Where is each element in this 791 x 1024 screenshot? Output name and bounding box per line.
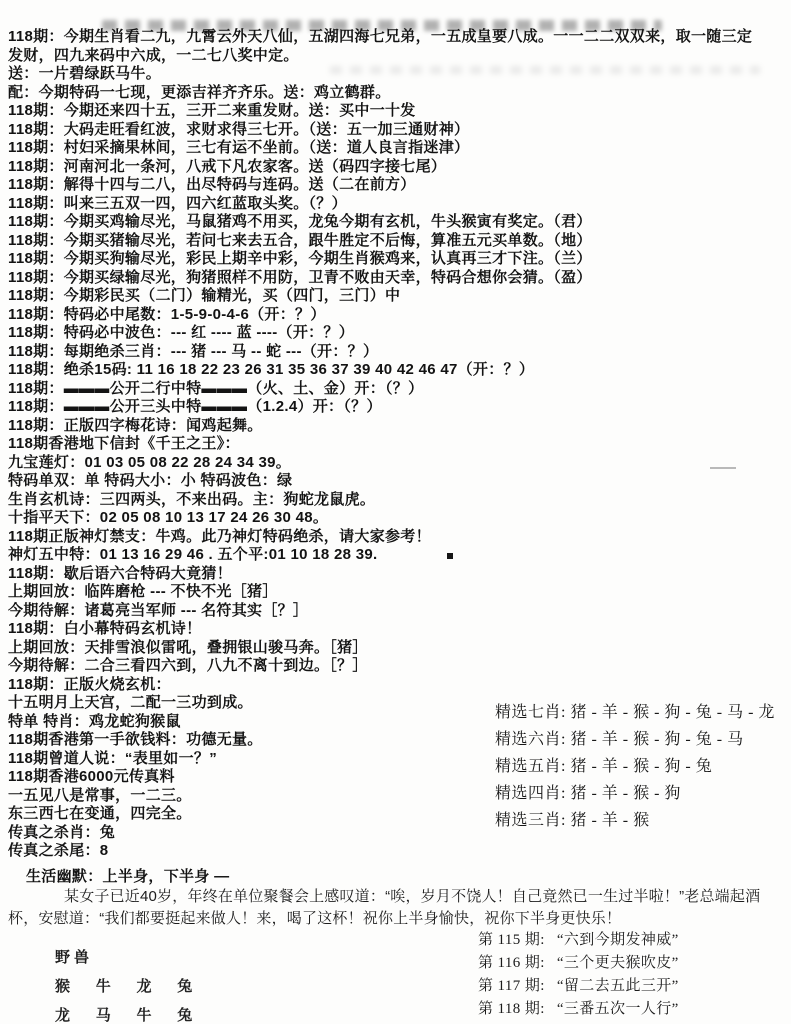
text-line: 送：一片碧绿跃马牛。 bbox=[8, 65, 789, 84]
text-line: 118期：今期买狗输尽光，彩民上期辛中彩，今期生肖猴鸡来，认真再三才下注。（兰） bbox=[8, 250, 789, 269]
history-issue: 第 115 期: bbox=[478, 932, 545, 948]
pick-five-zodiac: 精选五肖: 猪 - 羊 - 猴 - 狗 - 兔 bbox=[495, 758, 775, 775]
text-line: 118期：今期还来四十五，三开二来重发财。送：买中一十发 bbox=[8, 102, 789, 121]
history-quote: “留二去五此三开” bbox=[557, 978, 679, 994]
history-quote: “六到今期发神威” bbox=[557, 932, 679, 948]
text-line: 118期：白小幕特码玄机诗！ bbox=[8, 620, 789, 639]
history-issue: 第 118 期: bbox=[478, 1001, 545, 1017]
pick-three-zodiac: 精选三肖: 猪 - 羊 - 猴 bbox=[495, 812, 775, 829]
text-line: 生肖玄机诗：三四两头，不来出码。主：狗蛇龙鼠虎。 bbox=[8, 491, 789, 510]
text-line: 118期：今期买猪输尽光，若问七来去五合，跟牛胜定不后悔，算准五元买单数。（地） bbox=[8, 232, 789, 251]
history-item-117: 第 117 期:“留二去五此三开” bbox=[478, 978, 679, 995]
history-issue: 第 116 期: bbox=[478, 955, 545, 971]
lottery-tip-sheet-page: 118期：今期生肖看二九，九霄云外天八仙，五湖四海七兄弟，一五成皇要八成。一一二… bbox=[0, 0, 791, 1024]
text-line: 118期香港地下信封《千王之王》： bbox=[8, 435, 789, 454]
text-line: 118期：叫来三五双一四，四六红蓝取头奖。（？） bbox=[8, 195, 789, 214]
humor-heading: 生活幽默：上半身，下半身 — bbox=[26, 865, 229, 886]
history-quote: “三个更夫猴吹皮” bbox=[557, 955, 679, 971]
text-line: 上期回放：天排雪浪似雷吼，叠拥银山骏马奔。［猪］ bbox=[8, 639, 789, 658]
text-line: 上期回放：临阵磨枪 --- 不快不光［猪］ bbox=[8, 583, 789, 602]
history-item-116: 第 116 期:“三个更夫猴吹皮” bbox=[478, 955, 679, 972]
text-line: 十指平天下：02 05 08 10 13 17 24 26 30 48。 bbox=[8, 509, 789, 528]
text-line: 118期：▬▬▬公开二行中特▬▬▬（火、土、金）开：（？） bbox=[8, 380, 789, 399]
text-line: 118期：解得十四与二八，出尽特码与连码。送（二在前方） bbox=[8, 176, 789, 195]
text-line: 发财，四九来码中六成，一二七八奖中定。 bbox=[8, 47, 789, 66]
history-quote: “三番五次一人行” bbox=[557, 1001, 679, 1017]
text-line: 今期待解：二合三看四六到，八九不离十到边。［？］ bbox=[8, 657, 789, 676]
text-line: 配：今期特码一七现，更添吉祥齐齐乐。送：鸡立鹤群。 bbox=[8, 84, 789, 103]
wild-beasts-title: 野兽 bbox=[55, 946, 199, 967]
text-line: 118期：今期彩民买（二门）输精光，买（四门，三门）中 bbox=[8, 287, 789, 306]
text-line: 今期待解：诸葛亮当军师 --- 名符其实［？］ bbox=[8, 602, 789, 621]
history-item-115: 第 115 期:“六到今期发神威” bbox=[478, 932, 679, 949]
text-line: 118期：村妇采摘果林间，三七有运不坐前。（送：道人良言指迷津） bbox=[8, 139, 789, 158]
text-line: 118期：正版四字梅花诗：闻鸡起舞。 bbox=[8, 417, 789, 436]
pick-seven-zodiac: 精选七肖: 猪 - 羊 - 猴 - 狗 - 兔 - 马 - 龙 bbox=[495, 704, 775, 721]
wild-beasts-block: 野兽 猴 牛 龙 兔 虎 鼠 龙 马 牛 兔 狗 鸡 bbox=[55, 946, 199, 1024]
text-line: 118期：今期买鸡输尽光，马鼠猪鸡不用买，龙兔今期有玄机，牛头猴寅有奖定。（君） bbox=[8, 213, 789, 232]
text-line: 118期：特码必中波色：--- 红 ---- 蓝 ----（开：？） bbox=[8, 324, 789, 343]
pick-six-zodiac: 精选六肖: 猪 - 羊 - 猴 - 狗 - 兔 - 马 bbox=[495, 731, 775, 748]
text-line: 118期：歇后语六合特码大竟猜！ bbox=[8, 565, 789, 584]
text-line: 118期：今期买绿输尽光，狗猪照样不用防，卫青不败由天幸，特码合想你会猜。（盈） bbox=[8, 269, 789, 288]
pick-four-zodiac: 精选四肖: 猪 - 羊 - 猴 - 狗 bbox=[495, 785, 775, 802]
text-line: 118期：特码必中尾数：1-5-9-0-4-6（开：？） bbox=[8, 306, 789, 325]
text-line: 118期：大码走旺看红波，求财求得三七开。（送：五一加三通财神） bbox=[8, 121, 789, 140]
wild-beasts-row-2: 龙 马 牛 兔 狗 鸡 bbox=[55, 1004, 199, 1024]
text-line: 特码单双：单 特码大小：小 特码波色：绿 bbox=[8, 472, 789, 491]
past-issues-quotes: 第 115 期:“六到今期发神威” 第 116 期:“三个更夫猴吹皮” 第 11… bbox=[478, 932, 679, 1024]
text-line: 118期正版神灯禁支：牛鸡。此乃神灯特码绝杀，请大家参考！ bbox=[8, 528, 789, 547]
wild-beasts-row-1: 猴 牛 龙 兔 虎 鼠 bbox=[55, 975, 199, 996]
text-line: 神灯五中特：01 13 16 29 46 . 五个平:01 10 18 28 3… bbox=[8, 546, 789, 565]
history-issue: 第 117 期: bbox=[478, 978, 545, 994]
zodiac-picks-panel: 精选七肖: 猪 - 羊 - 猴 - 狗 - 兔 - 马 - 龙 精选六肖: 猪 … bbox=[495, 704, 775, 839]
text-line: 118期：▬▬▬公开三头中特▬▬▬（1.2.4）开：（？） bbox=[8, 398, 789, 417]
text-line: 传真之杀尾：8 bbox=[8, 842, 789, 861]
text-line: 118期：绝杀15码: 11 16 18 22 23 26 31 35 36 3… bbox=[8, 361, 789, 380]
text-line: 118期：每期绝杀三肖：--- 猪 --- 马 -- 蛇 ---（开：？） bbox=[8, 343, 789, 362]
humor-joke-paragraph: 某女子已近40岁，年终在单位聚餐会上感叹道：“唉，岁月不饶人！自己竟然已一生过半… bbox=[8, 886, 786, 930]
text-line: 118期：河南河北一条河，八戒下凡农家客。送（码四字接七尾） bbox=[8, 158, 789, 177]
history-item-118: 第 118 期:“三番五次一人行” bbox=[478, 1001, 679, 1018]
text-line: 九宝莲灯：01 03 05 08 22 28 24 34 39。 bbox=[8, 454, 789, 473]
text-line: 118期：今期生肖看二九，九霄云外天八仙，五湖四海七兄弟，一五成皇要八成。一一二… bbox=[8, 28, 789, 47]
text-line: 118期：正版火烧玄机： bbox=[8, 676, 789, 695]
